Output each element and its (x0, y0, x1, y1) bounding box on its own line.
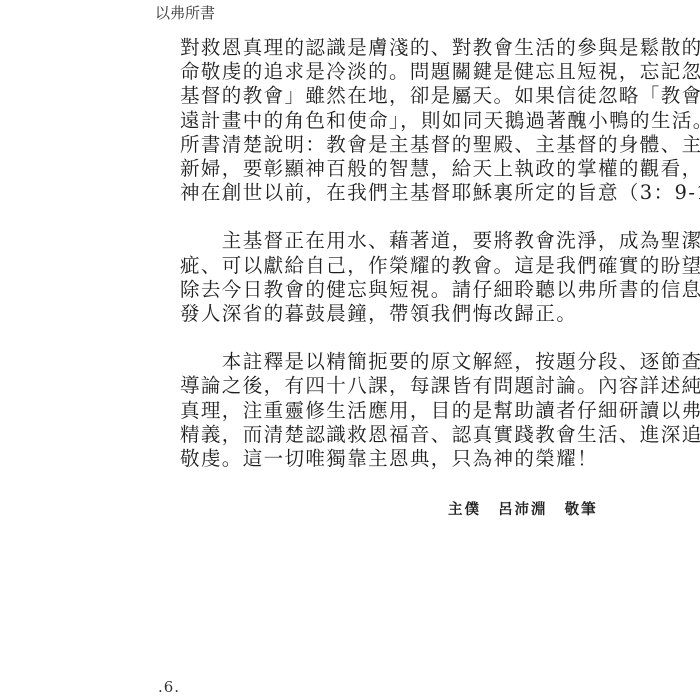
text-line: 真理，注重靈修生活應用，目的是幫助讀者仔細研讀以弗所書的 (180, 399, 584, 423)
text-line: 遠計畫中的角色和使命」，則如同天鵝過著醜小鴨的生活。以弗 (180, 109, 584, 133)
text-line: 本註釋是以精簡扼要的原文解經，按題分段、逐節查考。在 (180, 350, 584, 374)
text-line: 新婦，要彰顯神百般的智慧，給天上執政的掌權的觀看，這是照 (180, 157, 584, 181)
author-signature: 主僕 呂沛淵 敬筆 (448, 498, 608, 519)
text-line: 基督的教會」雖然在地，卻是屬天。如果信徒忽略「教會在神永 (180, 84, 584, 108)
text-line: 精義，而清楚認識救恩福音、認真實踐教會生活、進深追求靈命 (180, 423, 584, 447)
text-line: 敬虔。這一切唯獨靠主恩典，只為神的榮耀！ (180, 447, 584, 471)
text-line: 除去今日教會的健忘與短視。請仔細聆聽以弗所書的信息，這是 (180, 278, 584, 302)
paragraph-2: 主基督正在用水、藉著道，要將教會洗淨，成為聖潔沒有瑕 疵、可以獻給自己，作榮耀的… (180, 229, 584, 326)
running-header: 以弗所書 (155, 2, 215, 23)
signature-title: 主僕 (448, 502, 481, 518)
preface-body: 對救恩真理的認識是膚淺的、對教會生活的參與是鬆散的、對靈 命敬虔的追求是冷淡的。… (180, 36, 584, 495)
text-line: 所書清楚說明：教會是主基督的聖殿、主基督的身體、主基督的 (180, 133, 584, 157)
paragraph-3: 本註釋是以精簡扼要的原文解經，按題分段、逐節查考。在 導論之後，有四十八課，每課… (180, 350, 584, 471)
text-line: 疵、可以獻給自己，作榮耀的教會。這是我們確實的盼望，可以 (180, 254, 584, 278)
text-line: 主基督正在用水、藉著道，要將教會洗淨，成為聖潔沒有瑕 (180, 229, 584, 253)
text-line: 神在創世以前，在我們主基督耶穌裏所定的旨意（3：9-11）。 (180, 181, 584, 205)
text-line: 發人深省的暮鼓晨鐘，帶領我們悔改歸正。 (180, 302, 584, 326)
page-number: .6. (158, 678, 180, 696)
text-line: 命敬虔的追求是冷淡的。問題關鍵是健忘且短視，忘記忽視「主 (180, 60, 584, 84)
paragraph-1: 對救恩真理的認識是膚淺的、對教會生活的參與是鬆散的、對靈 命敬虔的追求是冷淡的。… (180, 36, 584, 205)
text-line: 對救恩真理的認識是膚淺的、對教會生活的參與是鬆散的、對靈 (180, 36, 584, 60)
text-line: 導論之後，有四十八課，每課皆有問題討論。內容詳述純正教義 (180, 374, 584, 398)
signature-name: 呂沛淵 (498, 502, 548, 518)
signature-closing: 敬筆 (565, 502, 598, 518)
